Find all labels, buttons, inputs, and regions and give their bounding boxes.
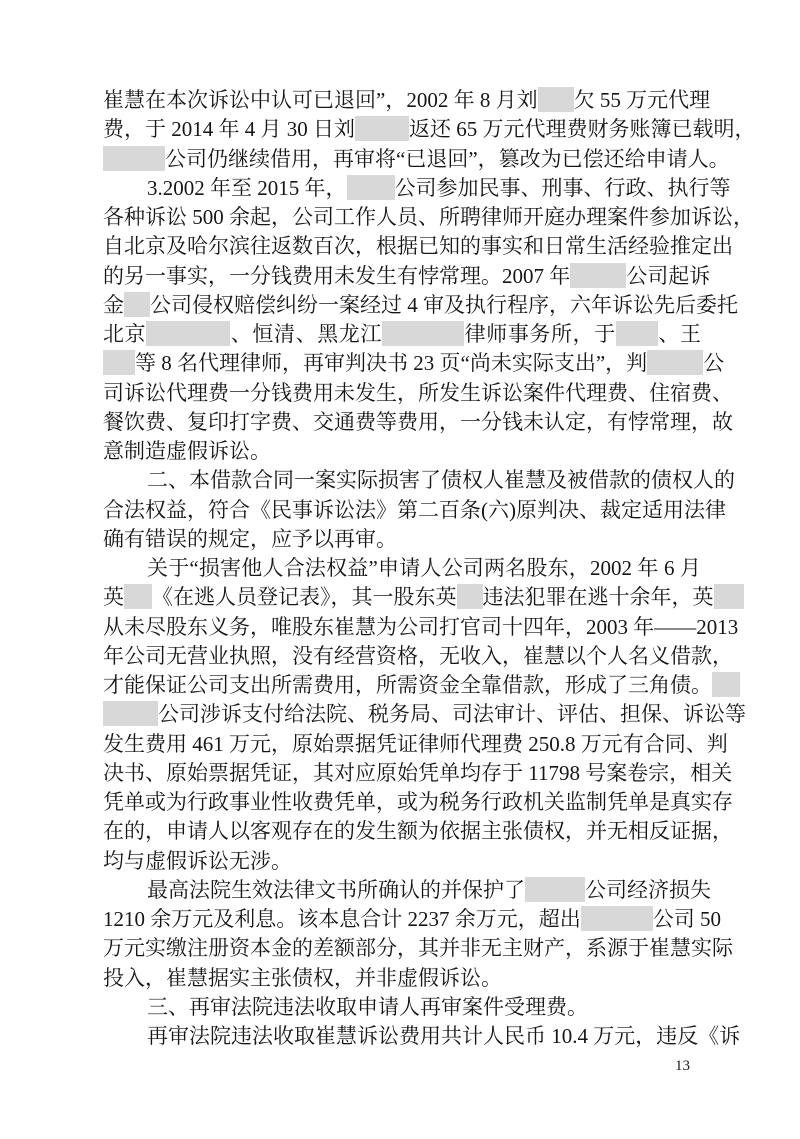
- text-segment: 公司涉诉支付给法院、税务局、司法审计、评估、担保、诉讼等: [158, 702, 746, 726]
- text-line: 在的，申请人以客观存在的发生额为依据主张债权，并无相反证据，: [103, 817, 701, 846]
- text-line: 从未尽股东义务，唯股东崔慧为公司打官司十四年，2003 年——2013: [103, 613, 701, 642]
- text-segment: 费，于 2014 年 4 月 30 日刘: [103, 117, 355, 141]
- text-segment: 决书、原始票据凭证，其对应原始凭单均存于 11798 号案卷宗，相关: [103, 761, 732, 785]
- text-line: 再审法院违法收取崔慧诉讼费用共计人民币 10.4 万元，违反《诉: [103, 1022, 701, 1051]
- text-segment: 公司侵权赔偿纠纷一案经过 4 审及执行程序，六年诉讼先后委托: [150, 293, 738, 317]
- text-segment: 违法犯罪在逃十余年，英: [483, 585, 714, 609]
- text-line: 确有错误的规定，应予以再审。: [103, 525, 701, 554]
- text-line: 司诉讼代理费一分钱费用未发生，所发生诉讼案件代理费、住宿费、: [103, 379, 701, 408]
- text-segment: 从未尽股东义务，唯股东崔慧为公司打官司十四年，2003 年——2013: [103, 615, 738, 639]
- text-segment: 最高法院生效法律文书所确认的并保护了: [147, 878, 525, 902]
- text-segment: 欠 55 万元代理: [574, 88, 711, 112]
- text-segment: 公司参加民事、刑事、行政、执行等: [395, 176, 731, 200]
- text-line: 才能保证公司支出所需费用，所需资金全靠借款，形成了三角债。: [103, 671, 701, 700]
- redaction-box: [124, 584, 152, 609]
- text-segment: 自北京及哈尔滨往返数百次，根据已知的事实和日常生活经验推定出: [103, 234, 733, 258]
- text-segment: 、王: [658, 322, 701, 346]
- text-segment: 公司起诉: [626, 264, 710, 288]
- text-block: 崔慧在本次诉讼中认可已退回”，2002 年 8 月刘欠 55 万元代理费，于 2…: [103, 86, 701, 1051]
- text-line: 自北京及哈尔滨往返数百次，根据已知的事实和日常生活经验推定出: [103, 232, 701, 261]
- redaction-box: [103, 146, 165, 171]
- text-segment: 的另一事实，一分钱费用未发生有悖常理。2007 年: [103, 264, 570, 288]
- text-segment: 再审法院违法收取崔慧诉讼费用共计人民币 10.4 万元，违反《诉: [147, 1024, 740, 1048]
- text-segment: 餐饮费、复印打字费、交通费等费用，一分钱未认定，有悖常理，故: [103, 410, 733, 434]
- text-segment: 三、再审法院违法收取申请人再审案件受理费。: [147, 995, 588, 1019]
- redaction-box: [525, 877, 585, 902]
- text-segment: 北京: [103, 322, 146, 346]
- text-line: 发生费用 461 万元，原始票据凭证律师代理费 250.8 万元有合同、判: [103, 730, 701, 759]
- text-segment: 确有错误的规定，应予以再审。: [103, 527, 397, 551]
- text-line: 投入，崔慧据实主张债权，并非虚假诉讼。: [103, 964, 701, 993]
- text-segment: 公司仍继续借用，再审将“已退回”，篡改为已偿还给申请人。: [165, 147, 730, 171]
- text-segment: 关于“损害他人合法权益”申请人公司两名股东，2002 年 6 月: [147, 556, 701, 580]
- text-segment: 年公司无营业执照，没有经营资格，无收入，崔慧以个人名义借款，: [103, 644, 733, 668]
- text-segment: 万元实缴注册资本金的差额部分，其并非无主财产，系源于崔慧实际: [103, 936, 733, 960]
- redaction-box: [538, 87, 574, 112]
- text-line: 金公司侵权赔偿纠纷一案经过 4 审及执行程序，六年诉讼先后委托: [103, 291, 701, 320]
- redaction-box: [103, 701, 158, 726]
- text-segment: 1210 余万元及利息。该本息合计 2237 余万元，超出: [103, 907, 581, 931]
- text-line: 合法权益，符合《民事诉讼法》第二百条(六)原判决、裁定适用法律: [103, 496, 701, 525]
- text-segment: 公司 50: [653, 907, 721, 931]
- text-line: 公司涉诉支付给法院、税务局、司法审计、评估、担保、诉讼等: [103, 700, 701, 729]
- text-line: 1210 余万元及利息。该本息合计 2237 余万元，超出公司 50: [103, 905, 701, 934]
- redaction-box: [355, 116, 409, 141]
- text-line: 崔慧在本次诉讼中认可已退回”，2002 年 8 月刘欠 55 万元代理: [103, 86, 701, 115]
- text-line: 均与虚假诉讼无涉。: [103, 847, 701, 876]
- text-segment: 投入，崔慧据实主张债权，并非虚假诉讼。: [103, 966, 502, 990]
- redaction-box: [714, 584, 744, 609]
- text-line: 英《在逃人员登记表》，其一股东英违法犯罪在逃十余年，英: [103, 583, 701, 612]
- text-segment: 金: [103, 293, 124, 317]
- redaction-box: [647, 350, 703, 375]
- text-segment: 公: [703, 351, 724, 375]
- text-line: 决书、原始票据凭证，其对应原始凭单均存于 11798 号案卷宗，相关: [103, 759, 701, 788]
- redaction-box: [347, 175, 395, 200]
- document-page: 崔慧在本次诉讼中认可已退回”，2002 年 8 月刘欠 55 万元代理费，于 2…: [0, 0, 800, 1139]
- text-segment: 凭单或为行政事业性收费凭单，或为税务行政机关监制凭单是真实存: [103, 790, 733, 814]
- text-segment: 意制造虚假诉讼。: [103, 439, 271, 463]
- text-line: 万元实缴注册资本金的差额部分，其并非无主财产，系源于崔慧实际: [103, 934, 701, 963]
- text-segment: 在的，申请人以客观存在的发生额为依据主张债权，并无相反证据，: [103, 819, 733, 843]
- redaction-box: [712, 672, 740, 697]
- text-line: 年公司无营业执照，没有经营资格，无收入，崔慧以个人名义借款，: [103, 642, 701, 671]
- text-segment: 发生费用 461 万元，原始票据凭证律师代理费 250.8 万元有合同、判: [103, 732, 728, 756]
- text-segment: 、恒清、黑龙江: [230, 322, 382, 346]
- text-line: 等 8 名代理律师，再审判决书 23 页“尚未实际支出”，判公: [103, 349, 701, 378]
- redaction-box: [581, 906, 653, 931]
- text-segment: 各种诉讼 500 余起，公司工作人员、所聘律师开庭办理案件参加诉讼，: [103, 205, 754, 229]
- text-line: 最高法院生效法律文书所确认的并保护了公司经济损失: [103, 876, 701, 905]
- text-line: 关于“损害他人合法权益”申请人公司两名股东，2002 年 6 月: [103, 554, 701, 583]
- text-line: 北京、恒清、黑龙江律师事务所，于、王: [103, 320, 701, 349]
- text-segment: 崔慧在本次诉讼中认可已退回”，2002 年 8 月刘: [103, 88, 538, 112]
- text-line: 费，于 2014 年 4 月 30 日刘返还 65 万元代理费财务账簿已载明，: [103, 115, 701, 144]
- text-segment: 律师事务所，于: [464, 322, 616, 346]
- text-segment: 均与虚假诉讼无涉。: [103, 849, 292, 873]
- text-line: 意制造虚假诉讼。: [103, 437, 701, 466]
- redaction-box: [457, 584, 483, 609]
- text-line: 3.2002 年至 2015 年，公司参加民事、刑事、行政、执行等: [103, 174, 701, 203]
- text-segment: 才能保证公司支出所需费用，所需资金全靠借款，形成了三角债。: [103, 673, 712, 697]
- text-segment: 等 8 名代理律师，再审判决书 23 页“尚未实际支出”，判: [135, 351, 647, 375]
- redaction-box: [124, 292, 150, 317]
- text-segment: 英: [103, 585, 124, 609]
- text-line: 公司仍继续借用，再审将“已退回”，篡改为已偿还给申请人。: [103, 145, 701, 174]
- redaction-box: [616, 321, 658, 346]
- text-segment: 《在逃人员登记表》，其一股东英: [152, 585, 457, 609]
- redaction-box: [570, 263, 626, 288]
- text-line: 三、再审法院违法收取申请人再审案件受理费。: [103, 993, 701, 1022]
- text-line: 凭单或为行政事业性收费凭单，或为税务行政机关监制凭单是真实存: [103, 788, 701, 817]
- text-segment: 公司经济损失: [585, 878, 711, 902]
- text-line: 二、本借款合同一案实际损害了债权人崔慧及被借款的债权人的: [103, 466, 701, 495]
- text-segment: 司诉讼代理费一分钱费用未发生，所发生诉讼案件代理费、住宿费、: [103, 381, 733, 405]
- text-segment: 3.2002 年至 2015 年，: [147, 176, 347, 200]
- text-segment: 合法权益，符合《民事诉讼法》第二百条(六)原判决、裁定适用法律: [103, 498, 726, 522]
- redaction-box: [382, 321, 464, 346]
- text-segment: 返还 65 万元代理费财务账簿已载明，: [409, 117, 756, 141]
- redaction-box: [146, 321, 230, 346]
- redaction-box: [103, 350, 135, 375]
- page-number: 13: [675, 1056, 690, 1076]
- text-line: 的另一事实，一分钱费用未发生有悖常理。2007 年公司起诉: [103, 262, 701, 291]
- text-line: 餐饮费、复印打字费、交通费等费用，一分钱未认定，有悖常理，故: [103, 408, 701, 437]
- text-line: 各种诉讼 500 余起，公司工作人员、所聘律师开庭办理案件参加诉讼，: [103, 203, 701, 232]
- text-segment: 二、本借款合同一案实际损害了债权人崔慧及被借款的债权人的: [147, 468, 735, 492]
